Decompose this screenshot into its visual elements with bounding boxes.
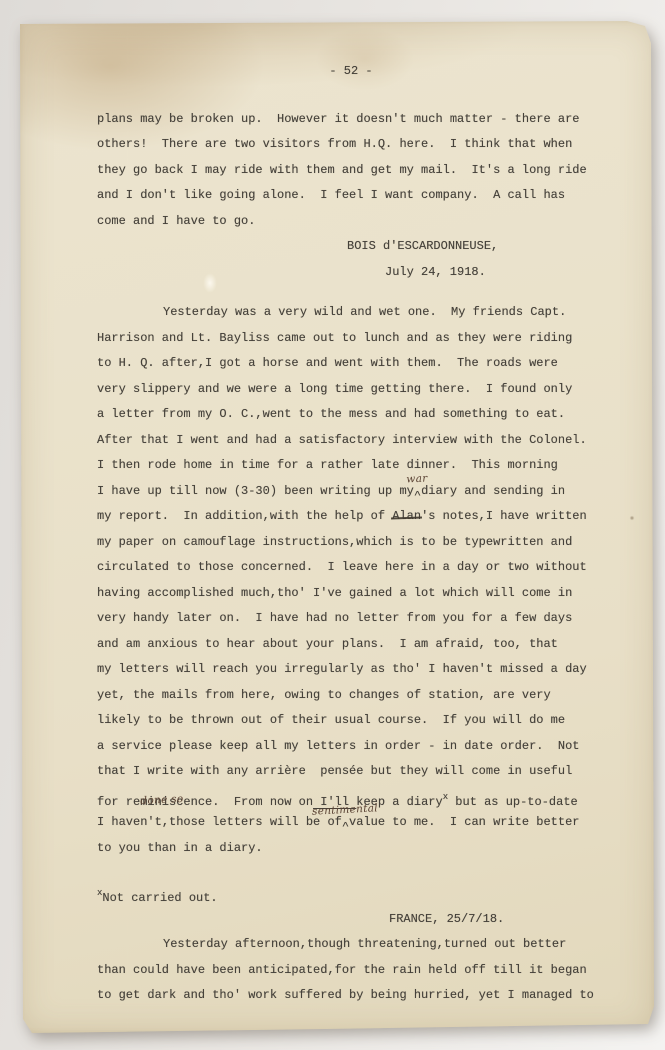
text-line: very handy later on. I have had no lette… xyxy=(97,606,605,632)
text-line: and am anxious to hear about your plans.… xyxy=(97,632,605,658)
struck-text: Alan xyxy=(392,509,421,523)
text-line: and I don't like going alone. I feel I w… xyxy=(97,183,605,209)
text-line: to you than in a diary. xyxy=(97,836,605,862)
text-line: others! There are two visitors from H.Q.… xyxy=(97,132,605,158)
text-line: Yesterday afternoon,though threatening,t… xyxy=(97,932,605,958)
dateline: July 24, 1918. xyxy=(385,260,605,286)
line-gap xyxy=(97,285,605,300)
text-line: I then rode home in time for a rather la… xyxy=(97,453,605,479)
text-line: my letters will reach you irregularly as… xyxy=(97,657,605,683)
text-line: Yesterday was a very wild and wet one. M… xyxy=(97,300,605,326)
text-line: than could have been anticipated,for the… xyxy=(97,958,605,984)
text-line: plans may be broken up. However it doesn… xyxy=(97,107,605,133)
text-line: After that I went and had a satisfactory… xyxy=(97,428,605,454)
caret-mark: ^ xyxy=(414,484,421,506)
text-line: come and I have to go. xyxy=(97,209,605,235)
text-line: a service please keep all my letters in … xyxy=(97,734,605,760)
text-line: xNot carried out. xyxy=(97,881,605,907)
text-line: I have up till now (3-30) been writing u… xyxy=(97,479,605,505)
letter-page: - 52 -plans may be broken up. However it… xyxy=(20,21,654,1033)
insertion-point: sentimental^ xyxy=(342,810,349,836)
text-line: that I write with any arrière pensée but… xyxy=(97,759,605,785)
text-line: my paper on camouflage instructions,whic… xyxy=(97,530,605,556)
text-line: likely to be thrown out of their usual c… xyxy=(97,708,605,734)
superscript-mark: x xyxy=(443,792,448,802)
text-line: very slippery and we were a long time ge… xyxy=(97,377,605,403)
insertion-point: war^ xyxy=(414,479,421,505)
text-line: Harrison and Lt. Bayliss came out to lun… xyxy=(97,326,605,352)
text-line: circulated to those concerned. I leave h… xyxy=(97,555,605,581)
line-gap xyxy=(97,85,605,107)
page-number: - 52 - xyxy=(97,59,605,85)
text-line: yet, the mails from here, owing to chang… xyxy=(97,683,605,709)
text-line: they go back I may ride with them and ge… xyxy=(97,158,605,184)
text-line: to H. Q. after,I got a horse and went wi… xyxy=(97,351,605,377)
dateline: FRANCE, 25/7/18. xyxy=(389,907,605,933)
handwritten-annotation: done so xyxy=(140,786,184,814)
line-gap xyxy=(97,861,605,881)
letter-page-wrap: - 52 -plans may be broken up. However it… xyxy=(0,0,665,1050)
text-line: having accomplished much,tho' I've gaine… xyxy=(97,581,605,607)
dateline: BOIS d'ESCARDONNEUSE, xyxy=(347,234,605,260)
letter-text: - 52 -plans may be broken up. However it… xyxy=(97,59,605,1009)
text-line: my report. In addition,with the help of … xyxy=(97,504,605,530)
text-line: I haven'tdone so,those letters will be o… xyxy=(97,810,605,836)
caret-mark: ^ xyxy=(342,816,349,838)
photo-backdrop: - 52 -plans may be broken up. However it… xyxy=(0,0,665,1050)
superscript-mark: x xyxy=(97,888,102,898)
text-line: to get dark and tho' work suffered by be… xyxy=(97,983,605,1009)
text-line: a letter from my O. C.,went to the mess … xyxy=(97,402,605,428)
